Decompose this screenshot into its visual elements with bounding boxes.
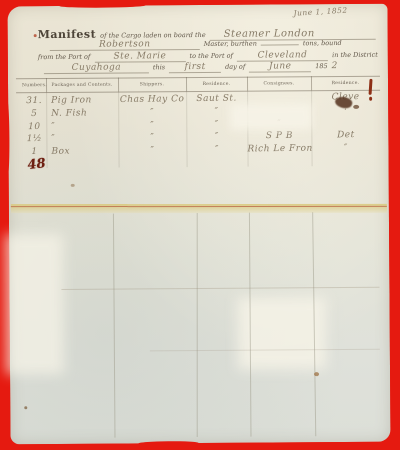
cell-packages: ″ [46,120,123,133]
date-annotation: June 1, 1852 [293,6,348,18]
printed-text: 185 [315,62,327,70]
column-header: Shippers. [118,79,186,91]
stain-speck [71,184,75,187]
form-line-4: Cuyahoga this first day of June 185 2 [44,61,376,74]
manifest-document: June 1, 1852 Manifest of the Cargo laden… [7,4,390,445]
printed-text: in the District [332,51,378,59]
entry-district: Cuyahoga [44,62,149,74]
cell-shipper: Chas Hay Co [118,93,186,106]
fold-line-horizontal [61,287,379,290]
printed-text: Master, burthen [204,40,257,48]
cell-number: 1½ [22,133,46,145]
table-header-row: Numbers. Packages and Contents. Shippers… [18,78,380,93]
column-header: Residence. [186,79,247,91]
cell-shipper: ″ [118,131,186,144]
cell-number: 31. [22,95,46,107]
entry-year-digit: 2 [332,61,338,71]
printed-text: tons, bound [303,39,342,47]
printed-text: to the Port of [189,52,232,60]
paper-edge-notch [6,102,9,172]
paper-edge-notch [139,441,199,445]
fold-line-vertical [113,214,116,438]
stain-speck [24,406,27,409]
printed-text: this [153,63,165,71]
cell-shipper: ″ [118,119,186,132]
paper-abrasion-patch [5,234,64,374]
tally-mark: 48 [27,156,47,173]
red-ink-stroke [368,79,372,101]
entry-master-name: Robertson [50,39,200,51]
ink-blot-small [353,105,359,109]
entry-port-from: Ste. Marie [94,51,185,63]
cell-shipper: ″ [118,144,186,157]
entry-port-to: Cleveland [237,50,328,62]
cell-packages: N. Fish [46,107,123,120]
column-header: Consignees. [247,78,311,90]
cell-residence2: Det [311,129,380,142]
printed-text: from the Port of [38,53,91,61]
printed-text: day of [225,63,245,71]
fold-line-vertical [197,213,198,437]
ink-dot [369,97,372,101]
cell-shipper: ″ [118,106,186,119]
paper-abrasion-patch [230,103,312,130]
cell-packages: Pig Iron [46,94,123,107]
entry-tonnage-blank [261,44,299,45]
cell-number: 5 [22,108,46,120]
cell-residence: ″ [186,130,247,143]
cell-residence: ″ [186,143,247,156]
cell-residence2: ″ [311,142,380,155]
cell-residence2 [311,117,380,130]
entry-month: June [249,61,311,72]
ink-stroke [369,79,372,95]
cell-number: 10 [22,121,46,133]
column-header: Numbers. [22,80,46,92]
cell-consignee: S P B [247,130,311,143]
entry-day: first [169,62,221,73]
column-header: Packages and Contents. [46,80,118,93]
cell-consignee: Rich Le Fron [247,143,311,156]
cell-packages: Box [46,145,123,158]
stain-speck [314,372,319,376]
form-line-2: Robertson Master, burthen tons, bound [50,38,376,51]
red-check-mark [34,34,37,37]
paper-edge-notch [59,3,145,8]
cell-packages: ″ [46,132,123,145]
